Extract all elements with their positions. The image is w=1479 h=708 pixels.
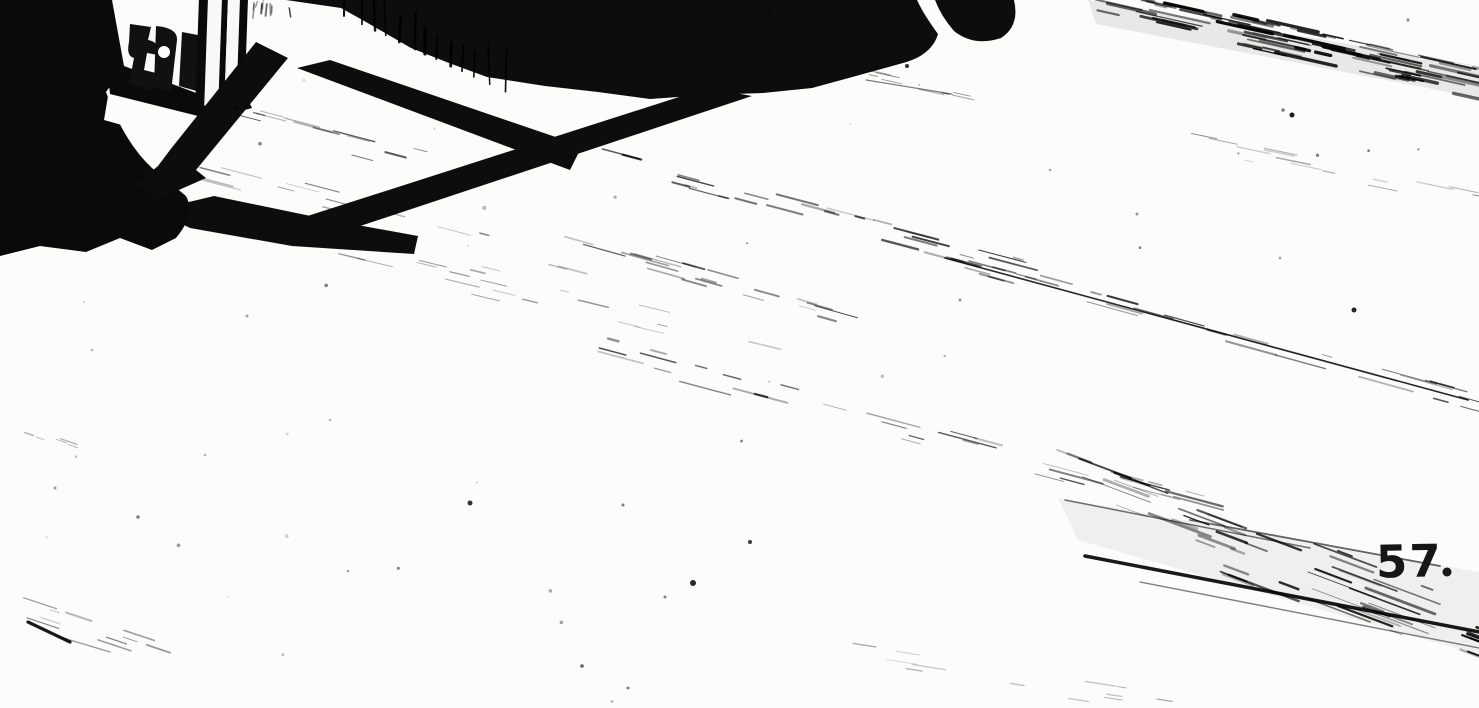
panel-artwork: 57 [0, 0, 1479, 708]
page-number: 57 [1376, 534, 1444, 588]
scanned-manga-page: 57 [0, 0, 1479, 708]
vehicle-marking-glyphs [128, 24, 205, 92]
